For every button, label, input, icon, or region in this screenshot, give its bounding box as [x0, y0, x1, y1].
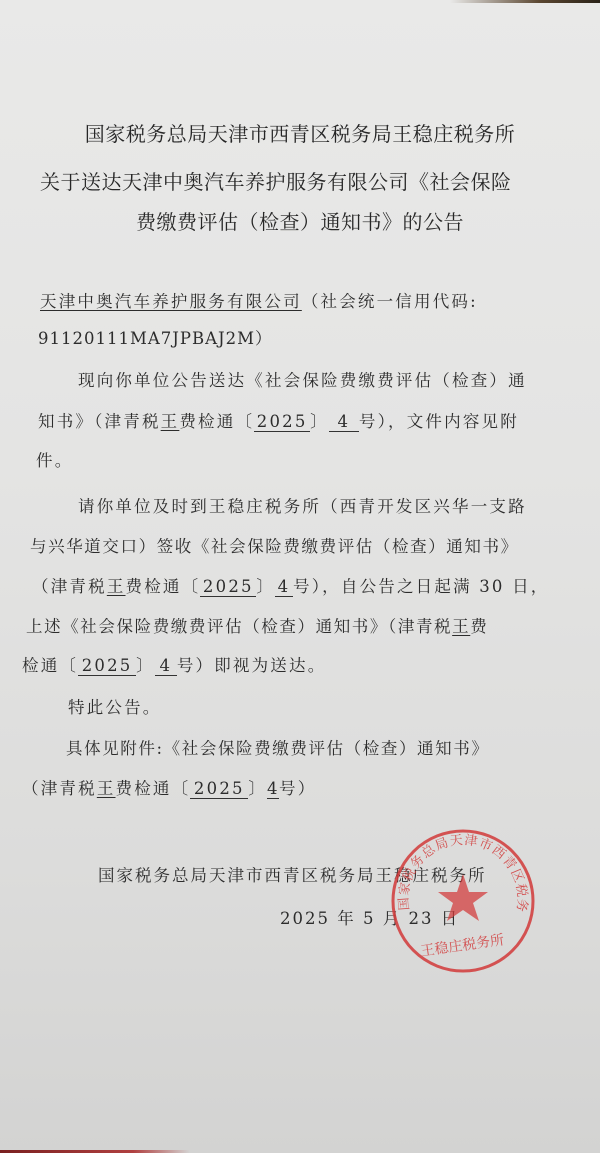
official-seal-icon: 国家税务总局天津市西青区税务局 王稳庄税务所 [388, 826, 538, 976]
doc-year-blank: 2025 [254, 413, 310, 432]
title-line-3: 费缴费评估（检查）通知书》的公告 [0, 206, 600, 235]
credit-code-label: （社会统一信用代码: [302, 292, 478, 311]
para2-line-3: （津青税王费检通〔2025〕4号），自公告之日起满 30 日， [32, 573, 549, 597]
para1-line-3: 件。 [36, 447, 73, 471]
credit-code: 91120111MA7JPBAJ2M） [38, 325, 273, 349]
title-line-1: 国家税务总局天津市西青区税务局王稳庄税务所 [0, 118, 600, 147]
title-line-2: 关于送达天津中奥汽车养护服务有限公司《社会保险 [40, 166, 580, 195]
recipient-company: 天津中奥汽车养护服务有限公司 [40, 292, 302, 311]
para2-line-2: 与兴华道交口）签收《社会保险费缴费评估（检查）通知书》 [30, 533, 519, 557]
para1-line-1: 现向你单位公告送达《社会保险费缴费评估（检查）通 [78, 367, 527, 391]
para2-line-1: 请你单位及时到王稳庄税务所（西青开发区兴华一支路 [78, 493, 527, 517]
para2-line-4: 上述《社会保险费缴费评估（检查）通知书》（津青税王费 [26, 613, 488, 637]
para1-line-2: 知书》（津青税王费检通〔2025〕4号），文件内容见附 [38, 408, 519, 432]
svg-text:王稳庄税务所: 王稳庄税务所 [420, 932, 505, 960]
photo-edge-top [450, 0, 600, 3]
attachment-line-2: （津青税王费检通〔2025〕4号） [22, 775, 316, 799]
para2-line-5: 检通〔2025〕4号）即视为送达。 [22, 652, 326, 676]
attachment-line-1: 具体见附件:《社会保险费缴费评估（检查）通知书》 [66, 735, 489, 759]
doc-number-blank: 4 [329, 413, 359, 432]
closing-statement: 特此公告。 [68, 694, 162, 718]
